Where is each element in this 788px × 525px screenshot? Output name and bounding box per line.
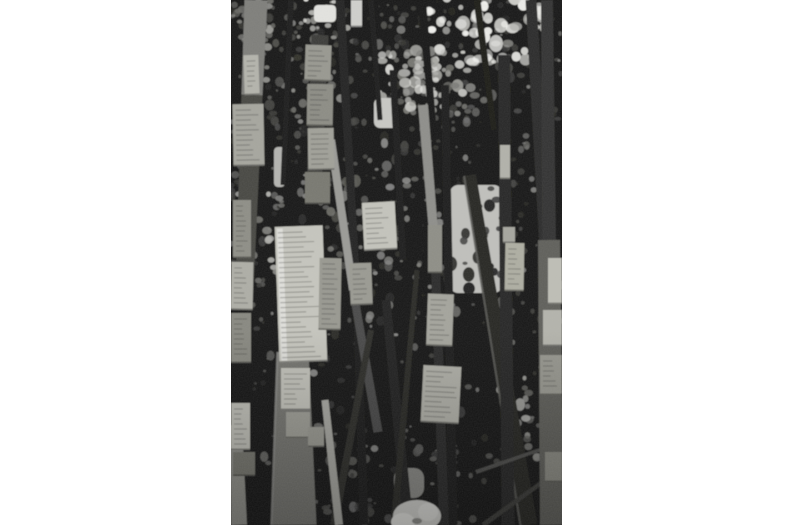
photo-svg bbox=[231, 0, 562, 525]
photograph bbox=[231, 0, 562, 525]
film-grain bbox=[231, 0, 562, 525]
page-background bbox=[0, 0, 788, 525]
